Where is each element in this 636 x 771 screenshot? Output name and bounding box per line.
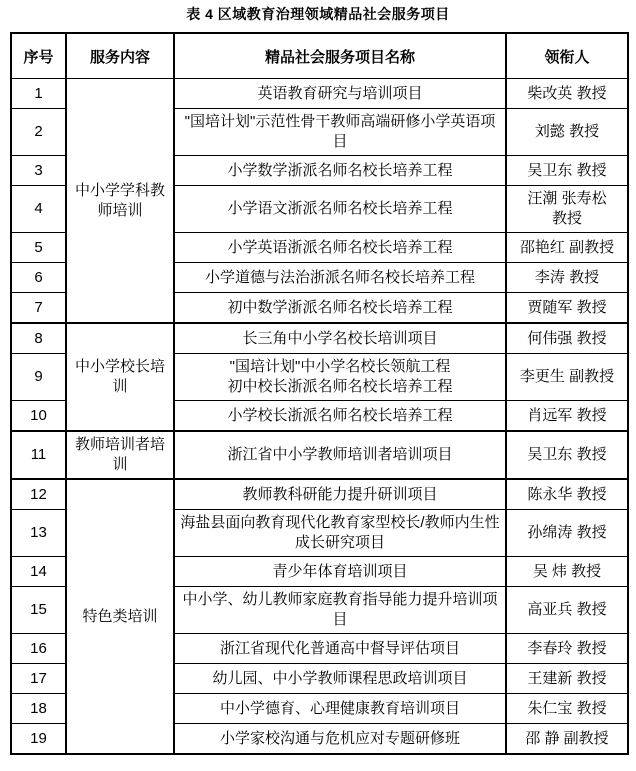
leader-cell: 柴改英 教授 — [506, 79, 628, 109]
header-leader: 领衔人 — [506, 33, 628, 79]
project-name-cell: 小学数学浙派名师名校长培养工程 — [174, 156, 506, 186]
row-number-cell: 3 — [11, 156, 66, 186]
service-category-cell: 教师培训者培训 — [66, 431, 174, 479]
header-service-content: 服务内容 — [66, 33, 174, 79]
row-number-cell: 11 — [11, 431, 66, 479]
leader-cell: 吴卫东 教授 — [506, 431, 628, 479]
row-number-cell: 7 — [11, 293, 66, 324]
table-row: 8 中小学校长培训 长三角中小学名校长培训项目 何伟强 教授 — [11, 323, 628, 354]
leader-cell: 吴 炜 教授 — [506, 557, 628, 587]
project-name-cell: 浙江省现代化普通高中督导评估项目 — [174, 634, 506, 664]
header-no: 序号 — [11, 33, 66, 79]
project-name-cell: 青少年体育培训项目 — [174, 557, 506, 587]
leader-cell: 贾随军 教授 — [506, 293, 628, 324]
project-name-cell: 小学校长浙派名师名校长培养工程 — [174, 401, 506, 432]
project-name-cell: 初中数学浙派名师名校长培养工程 — [174, 293, 506, 324]
project-name-cell: 中小学、幼儿教师家庭教育指导能力提升培训项目 — [174, 587, 506, 634]
leader-cell: 高亚兵 教授 — [506, 587, 628, 634]
row-number-cell: 10 — [11, 401, 66, 432]
row-number-cell: 13 — [11, 510, 66, 557]
leader-cell: 王建新 教授 — [506, 664, 628, 694]
project-name-cell: 英语教育研究与培训项目 — [174, 79, 506, 109]
table-row: 11 教师培训者培训 浙江省中小学教师培训者培训项目 吴卫东 教授 — [11, 431, 628, 479]
leader-cell: 李涛 教授 — [506, 263, 628, 293]
row-number-cell: 2 — [11, 109, 66, 156]
row-number-cell: 17 — [11, 664, 66, 694]
leader-cell: 邵艳红 副教授 — [506, 233, 628, 263]
table-row: 12 特色类培训 教师教科研能力提升研训项目 陈永华 教授 — [11, 479, 628, 510]
leader-cell: 吴卫东 教授 — [506, 156, 628, 186]
table-caption: 表 4 区域教育治理领域精品社会服务项目 — [0, 5, 636, 23]
row-number-cell: 6 — [11, 263, 66, 293]
table-row: 1 中小学学科教师培训 英语教育研究与培训项目 柴改英 教授 — [11, 79, 628, 109]
project-name-cell: 小学语文浙派名师名校长培养工程 — [174, 186, 506, 233]
header-row: 序号 服务内容 精品社会服务项目名称 领衔人 — [11, 33, 628, 79]
row-number-cell: 19 — [11, 724, 66, 755]
leader-cell: 朱仁宝 教授 — [506, 694, 628, 724]
row-number-cell: 9 — [11, 354, 66, 401]
project-name-cell: "国培计划"中小学名校长领航工程 初中校长浙派名师名校长培养工程 — [174, 354, 506, 401]
row-number-cell: 15 — [11, 587, 66, 634]
leader-cell: 汪潮 张寿松 教授 — [506, 186, 628, 233]
leader-cell: 刘懿 教授 — [506, 109, 628, 156]
leader-cell: 何伟强 教授 — [506, 323, 628, 354]
leader-cell: 李春玲 教授 — [506, 634, 628, 664]
row-number-cell: 8 — [11, 323, 66, 354]
row-number-cell: 16 — [11, 634, 66, 664]
service-category-cell: 中小学学科教师培训 — [66, 79, 174, 324]
row-number-cell: 14 — [11, 557, 66, 587]
project-name-cell: 小学道德与法治浙派名师名校长培养工程 — [174, 263, 506, 293]
project-name-cell: 幼儿园、中小学教师课程思政培训项目 — [174, 664, 506, 694]
row-number-cell: 18 — [11, 694, 66, 724]
row-number-cell: 12 — [11, 479, 66, 510]
document-page: 表 4 区域教育治理领域精品社会服务项目 序号 服务内容 精品社会服务项目名称 … — [0, 0, 636, 771]
projects-table: 序号 服务内容 精品社会服务项目名称 领衔人 1 中小学学科教师培训 英语教育研… — [10, 32, 629, 755]
project-name-cell: "国培计划"示范性骨干教师高端研修小学英语项目 — [174, 109, 506, 156]
service-category-cell: 中小学校长培训 — [66, 323, 174, 431]
project-name-cell: 浙江省中小学教师培训者培训项目 — [174, 431, 506, 479]
project-name-cell: 小学英语浙派名师名校长培养工程 — [174, 233, 506, 263]
leader-cell: 李更生 副教授 — [506, 354, 628, 401]
service-category-cell: 特色类培训 — [66, 479, 174, 754]
leader-cell: 孙绵涛 教授 — [506, 510, 628, 557]
row-number-cell: 5 — [11, 233, 66, 263]
header-project-name: 精品社会服务项目名称 — [174, 33, 506, 79]
leader-cell: 肖远军 教授 — [506, 401, 628, 432]
project-name-cell: 教师教科研能力提升研训项目 — [174, 479, 506, 510]
leader-cell: 邵 静 副教授 — [506, 724, 628, 755]
leader-cell: 陈永华 教授 — [506, 479, 628, 510]
project-name-cell: 小学家校沟通与危机应对专题研修班 — [174, 724, 506, 755]
project-name-cell: 长三角中小学名校长培训项目 — [174, 323, 506, 354]
project-name-cell: 中小学德育、心理健康教育培训项目 — [174, 694, 506, 724]
project-name-cell: 海盐县面向教育现代化教育家型校长/教师内生性 成长研究项目 — [174, 510, 506, 557]
row-number-cell: 4 — [11, 186, 66, 233]
row-number-cell: 1 — [11, 79, 66, 109]
